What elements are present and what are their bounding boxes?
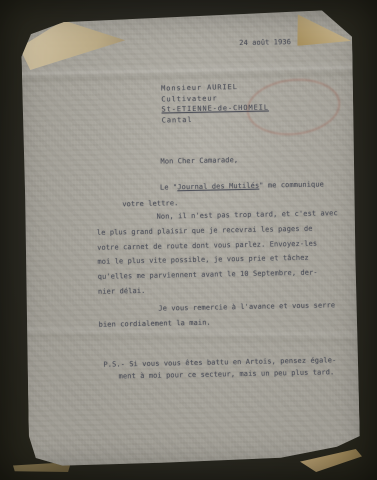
body-line: bien cordialement la main. (99, 313, 336, 333)
body-line-text: Le " (160, 183, 177, 191)
body-line-text: " me communique (259, 180, 324, 189)
date-line: 24 août 1936 (239, 35, 291, 51)
paragraph-3: Je vous remercie à l'avance et vous serr… (98, 298, 335, 333)
paragraph-2: Non, il n'est pas trop tard, et c'est av… (96, 206, 339, 299)
journal-title: Journal des Mutilés (177, 182, 259, 192)
recipient-department: Cantal (162, 113, 270, 126)
folded-corner-top-left (19, 18, 126, 70)
scan-backdrop: 24 août 1936 Monsieur AURIEL Cultivateur… (0, 0, 377, 480)
recipient-block: Monsieur AURIEL Cultivateur St-ETIENNE-d… (161, 81, 269, 125)
salutation: Mon Cher Camarade, (160, 153, 238, 169)
postscript: P.S.- Si vous vous êtes battu en Artois,… (103, 355, 336, 382)
body-line: Le "Journal des Mutilés" me communique (160, 176, 324, 195)
recipient-town: St-ETIENNE-de-CHOMEIL (161, 102, 269, 115)
folded-corner-top-right (297, 12, 353, 46)
torn-edge-bottom-right (300, 449, 362, 472)
letter-paper: 24 août 1936 Monsieur AURIEL Cultivateur… (21, 10, 361, 467)
